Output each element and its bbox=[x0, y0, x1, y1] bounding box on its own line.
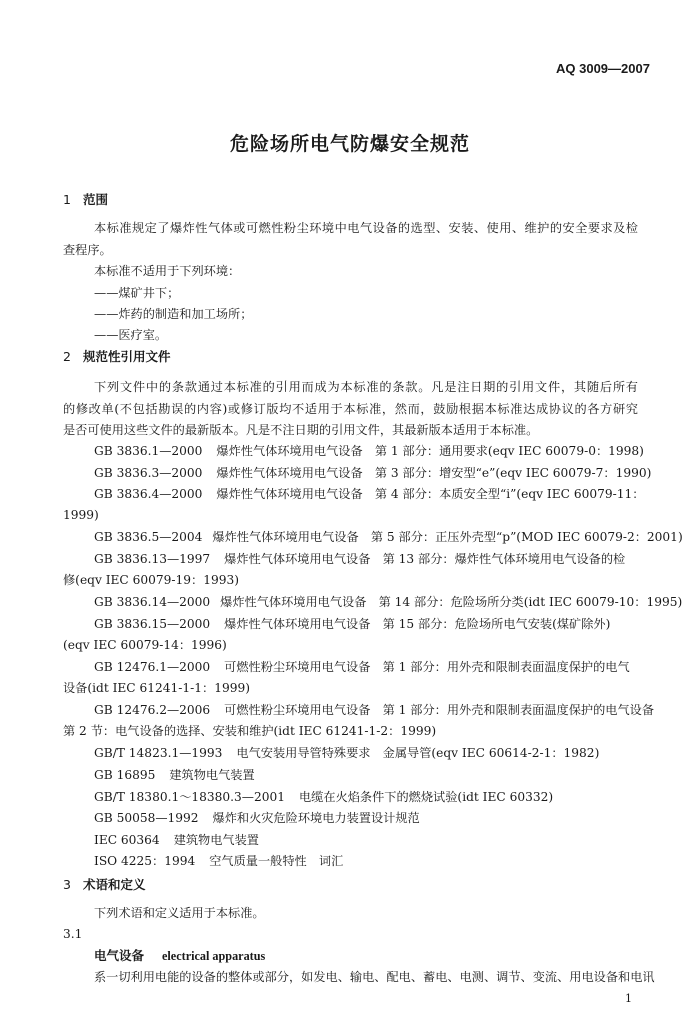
reference-code: GB/T 18380.1～18380.3—2001 bbox=[94, 789, 285, 805]
reference-code: GB 3836.13—1997 bbox=[94, 551, 210, 567]
section-title: 规范性引用文件 bbox=[83, 349, 171, 364]
reference-item: GB 16895建筑物电气装置 bbox=[94, 767, 255, 783]
exclusion-item: ——煤矿井下； bbox=[94, 285, 179, 301]
reference-title: 爆炸性气体环境用电气设备 第 14 部分：危险场所分类(idt IEC 6007… bbox=[220, 595, 682, 609]
reference-title: 爆炸和火灾危险环境电力装置设计规范 bbox=[213, 811, 420, 825]
reference-item-cont: 设备(idt IEC 61241-1-1：1999) bbox=[63, 680, 250, 696]
reference-code: GB 3836.14—2000 bbox=[94, 594, 210, 610]
section-2-intro-2: 的修改单(不包括勘误的内容)或修订版均不适用于本标准，然而，鼓励根据本标准达成协… bbox=[63, 401, 638, 417]
reference-item-cont: 修(eqv IEC 60079-19：1993) bbox=[63, 572, 239, 588]
section-2-intro-1: 下列文件中的条款通过本标准的引用而成为本标准的条款。凡是注日期的引用文件，其随后… bbox=[94, 379, 638, 395]
reference-code: GB 3836.1—2000 bbox=[94, 443, 202, 459]
term-english: electrical apparatus bbox=[162, 949, 265, 963]
reference-title: 电缆在火焰条件下的燃烧试验(idt IEC 60332) bbox=[299, 790, 553, 804]
section-2-intro-3: 是否可使用这些文件的最新版本。凡是不注日期的引用文件，其最新版本适用于本标准。 bbox=[63, 422, 538, 438]
reference-item: GB 3836.5—2004爆炸性气体环境用电气设备 第 5 部分：正压外壳型“… bbox=[94, 529, 683, 545]
reference-item: GB/T 14823.1—1993电气安装用导管特殊要求 金属导管(eqv IE… bbox=[94, 745, 599, 761]
section-number: 3 bbox=[63, 877, 83, 893]
reference-item: GB 50058—1992爆炸和火灾危险环境电力装置设计规范 bbox=[94, 810, 420, 826]
section-3-intro: 下列术语和定义适用于本标准。 bbox=[94, 905, 265, 921]
standard-code: AQ 3009—2007 bbox=[556, 61, 650, 76]
section-1-heading: 1范围 bbox=[63, 192, 108, 208]
clause-number: 3.1 bbox=[63, 926, 82, 942]
reference-code: GB 3836.4—2000 bbox=[94, 486, 202, 502]
reference-title: 爆炸性气体环境用电气设备 第 5 部分：正压外壳型“p”(MOD IEC 600… bbox=[212, 530, 682, 544]
reference-title: 爆炸性气体环境用电气设备 第 4 部分：本质安全型“i”(eqv IEC 600… bbox=[216, 487, 644, 501]
reference-code: GB 12476.2—2006 bbox=[94, 702, 210, 718]
reference-item-cont: 1999) bbox=[63, 507, 99, 523]
reference-code: GB 3836.3—2000 bbox=[94, 465, 202, 481]
section-title: 范围 bbox=[83, 192, 108, 207]
reference-code: ISO 4225：1994 bbox=[94, 853, 195, 869]
section-number: 2 bbox=[63, 349, 83, 365]
section-1-para-1: 本标准规定了爆炸性气体或可燃性粉尘环境中电气设备的选型、安装、使用、维护的安全要… bbox=[94, 220, 638, 236]
reference-title: 空气质量一般特性 词汇 bbox=[209, 854, 343, 868]
section-3-heading: 3术语和定义 bbox=[63, 877, 146, 893]
reference-item: GB 12476.1—2000可燃性粉尘环境用电气设备 第 1 部分：用外壳和限… bbox=[94, 659, 630, 675]
reference-item-cont: (eqv IEC 60079-14：1996) bbox=[63, 637, 227, 653]
exclusion-item: ——炸药的制造和加工场所； bbox=[94, 306, 252, 322]
section-title: 术语和定义 bbox=[83, 877, 146, 892]
reference-title: 电气安装用导管特殊要求 金属导管(eqv IEC 60614-2-1：1982) bbox=[236, 746, 599, 760]
reference-code: GB 3836.5—2004 bbox=[94, 529, 202, 545]
reference-code: GB 50058—1992 bbox=[94, 810, 199, 826]
section-1-para-2: 本标准不适用于下列环境： bbox=[94, 263, 240, 279]
reference-item: GB 3836.15—2000爆炸性气体环境用电气设备 第 15 部分：危险场所… bbox=[94, 616, 610, 632]
reference-code: GB 16895 bbox=[94, 767, 155, 783]
page-number: 1 bbox=[625, 992, 632, 1005]
reference-item: GB 3836.1—2000爆炸性气体环境用电气设备 第 1 部分：通用要求(e… bbox=[94, 443, 644, 459]
reference-title: 爆炸性气体环境用电气设备 第 13 部分：爆炸性气体环境用电气设备的检 bbox=[224, 552, 625, 566]
reference-item: GB 3836.14—2000爆炸性气体环境用电气设备 第 14 部分：危险场所… bbox=[94, 594, 682, 610]
reference-title: 可燃性粉尘环境用电气设备 第 1 部分：用外壳和限制表面温度保护的电气 bbox=[224, 660, 630, 674]
reference-title: 爆炸性气体环境用电气设备 第 1 部分：通用要求(eqv IEC 60079-0… bbox=[216, 444, 643, 458]
reference-code: GB 12476.1—2000 bbox=[94, 659, 210, 675]
section-2-heading: 2规范性引用文件 bbox=[63, 349, 171, 365]
document-page: AQ 3009—2007 危险场所电气防爆安全规范 1范围 本标准规定了爆炸性气… bbox=[0, 0, 700, 1022]
reference-title: 可燃性粉尘环境用电气设备 第 1 部分：用外壳和限制表面温度保护的电气设备 bbox=[224, 703, 654, 717]
reference-code: GB 3836.15—2000 bbox=[94, 616, 210, 632]
reference-item: GB 3836.13—1997爆炸性气体环境用电气设备 第 13 部分：爆炸性气… bbox=[94, 551, 625, 567]
reference-item: GB 3836.4—2000爆炸性气体环境用电气设备 第 4 部分：本质安全型“… bbox=[94, 486, 644, 502]
term-entry: 电气设备electrical apparatus bbox=[94, 948, 265, 964]
reference-item: GB 12476.2—2006可燃性粉尘环境用电气设备 第 1 部分：用外壳和限… bbox=[94, 702, 654, 718]
reference-title: 爆炸性气体环境用电气设备 第 15 部分：危险场所电气安装(煤矿除外) bbox=[224, 617, 610, 631]
reference-title: 爆炸性气体环境用电气设备 第 3 部分：增安型“e”(eqv IEC 60079… bbox=[216, 466, 651, 480]
reference-code: IEC 60364 bbox=[94, 832, 160, 848]
document-title: 危险场所电气防爆安全规范 bbox=[0, 129, 700, 156]
reference-code: GB/T 14823.1—1993 bbox=[94, 745, 222, 761]
reference-item: ISO 4225：1994空气质量一般特性 词汇 bbox=[94, 853, 343, 869]
reference-item-cont: 第 2 节：电气设备的选择、安装和维护(idt IEC 61241-1-2：19… bbox=[63, 723, 436, 739]
reference-item: GB 3836.3—2000爆炸性气体环境用电气设备 第 3 部分：增安型“e”… bbox=[94, 465, 651, 481]
reference-item: GB/T 18380.1～18380.3—2001电缆在火焰条件下的燃烧试验(i… bbox=[94, 789, 553, 805]
reference-title: 建筑物电气装置 bbox=[169, 768, 254, 782]
reference-title: 建筑物电气装置 bbox=[174, 833, 259, 847]
term-chinese: 电气设备 bbox=[94, 948, 144, 963]
exclusion-item: ——医疗室。 bbox=[94, 327, 167, 343]
section-number: 1 bbox=[63, 192, 83, 208]
section-1-para-1-cont: 查程序。 bbox=[63, 242, 112, 258]
term-definition: 系一切利用电能的设备的整体或部分，如发电、输电、配电、蓄电、电测、调节、变流、用… bbox=[94, 969, 655, 985]
reference-item: IEC 60364建筑物电气装置 bbox=[94, 832, 259, 848]
